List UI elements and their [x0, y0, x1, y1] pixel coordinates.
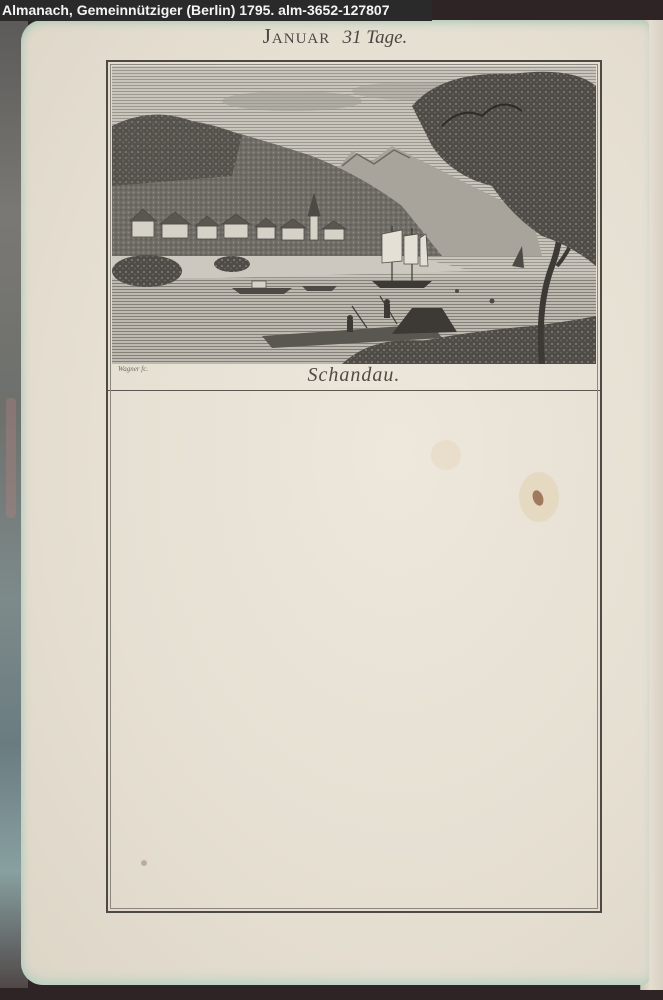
paper-foxing-stain: [431, 440, 461, 470]
page-heading: Januar 31 Tage.: [21, 24, 649, 49]
engraving-illustration: [112, 66, 596, 364]
scan-caption: Almanach, Gemeinnütziger (Berlin) 1795. …: [0, 0, 432, 21]
caption-divider-line: [108, 390, 600, 391]
month-name: Januar: [263, 24, 331, 48]
paper-speck: [141, 860, 147, 866]
days-count: 31 Tage.: [343, 27, 408, 48]
blank-notes-area: [112, 394, 596, 907]
almanac-page: Januar 31 Tage.: [21, 20, 649, 985]
illustration-caption: Schandau.: [108, 364, 600, 387]
